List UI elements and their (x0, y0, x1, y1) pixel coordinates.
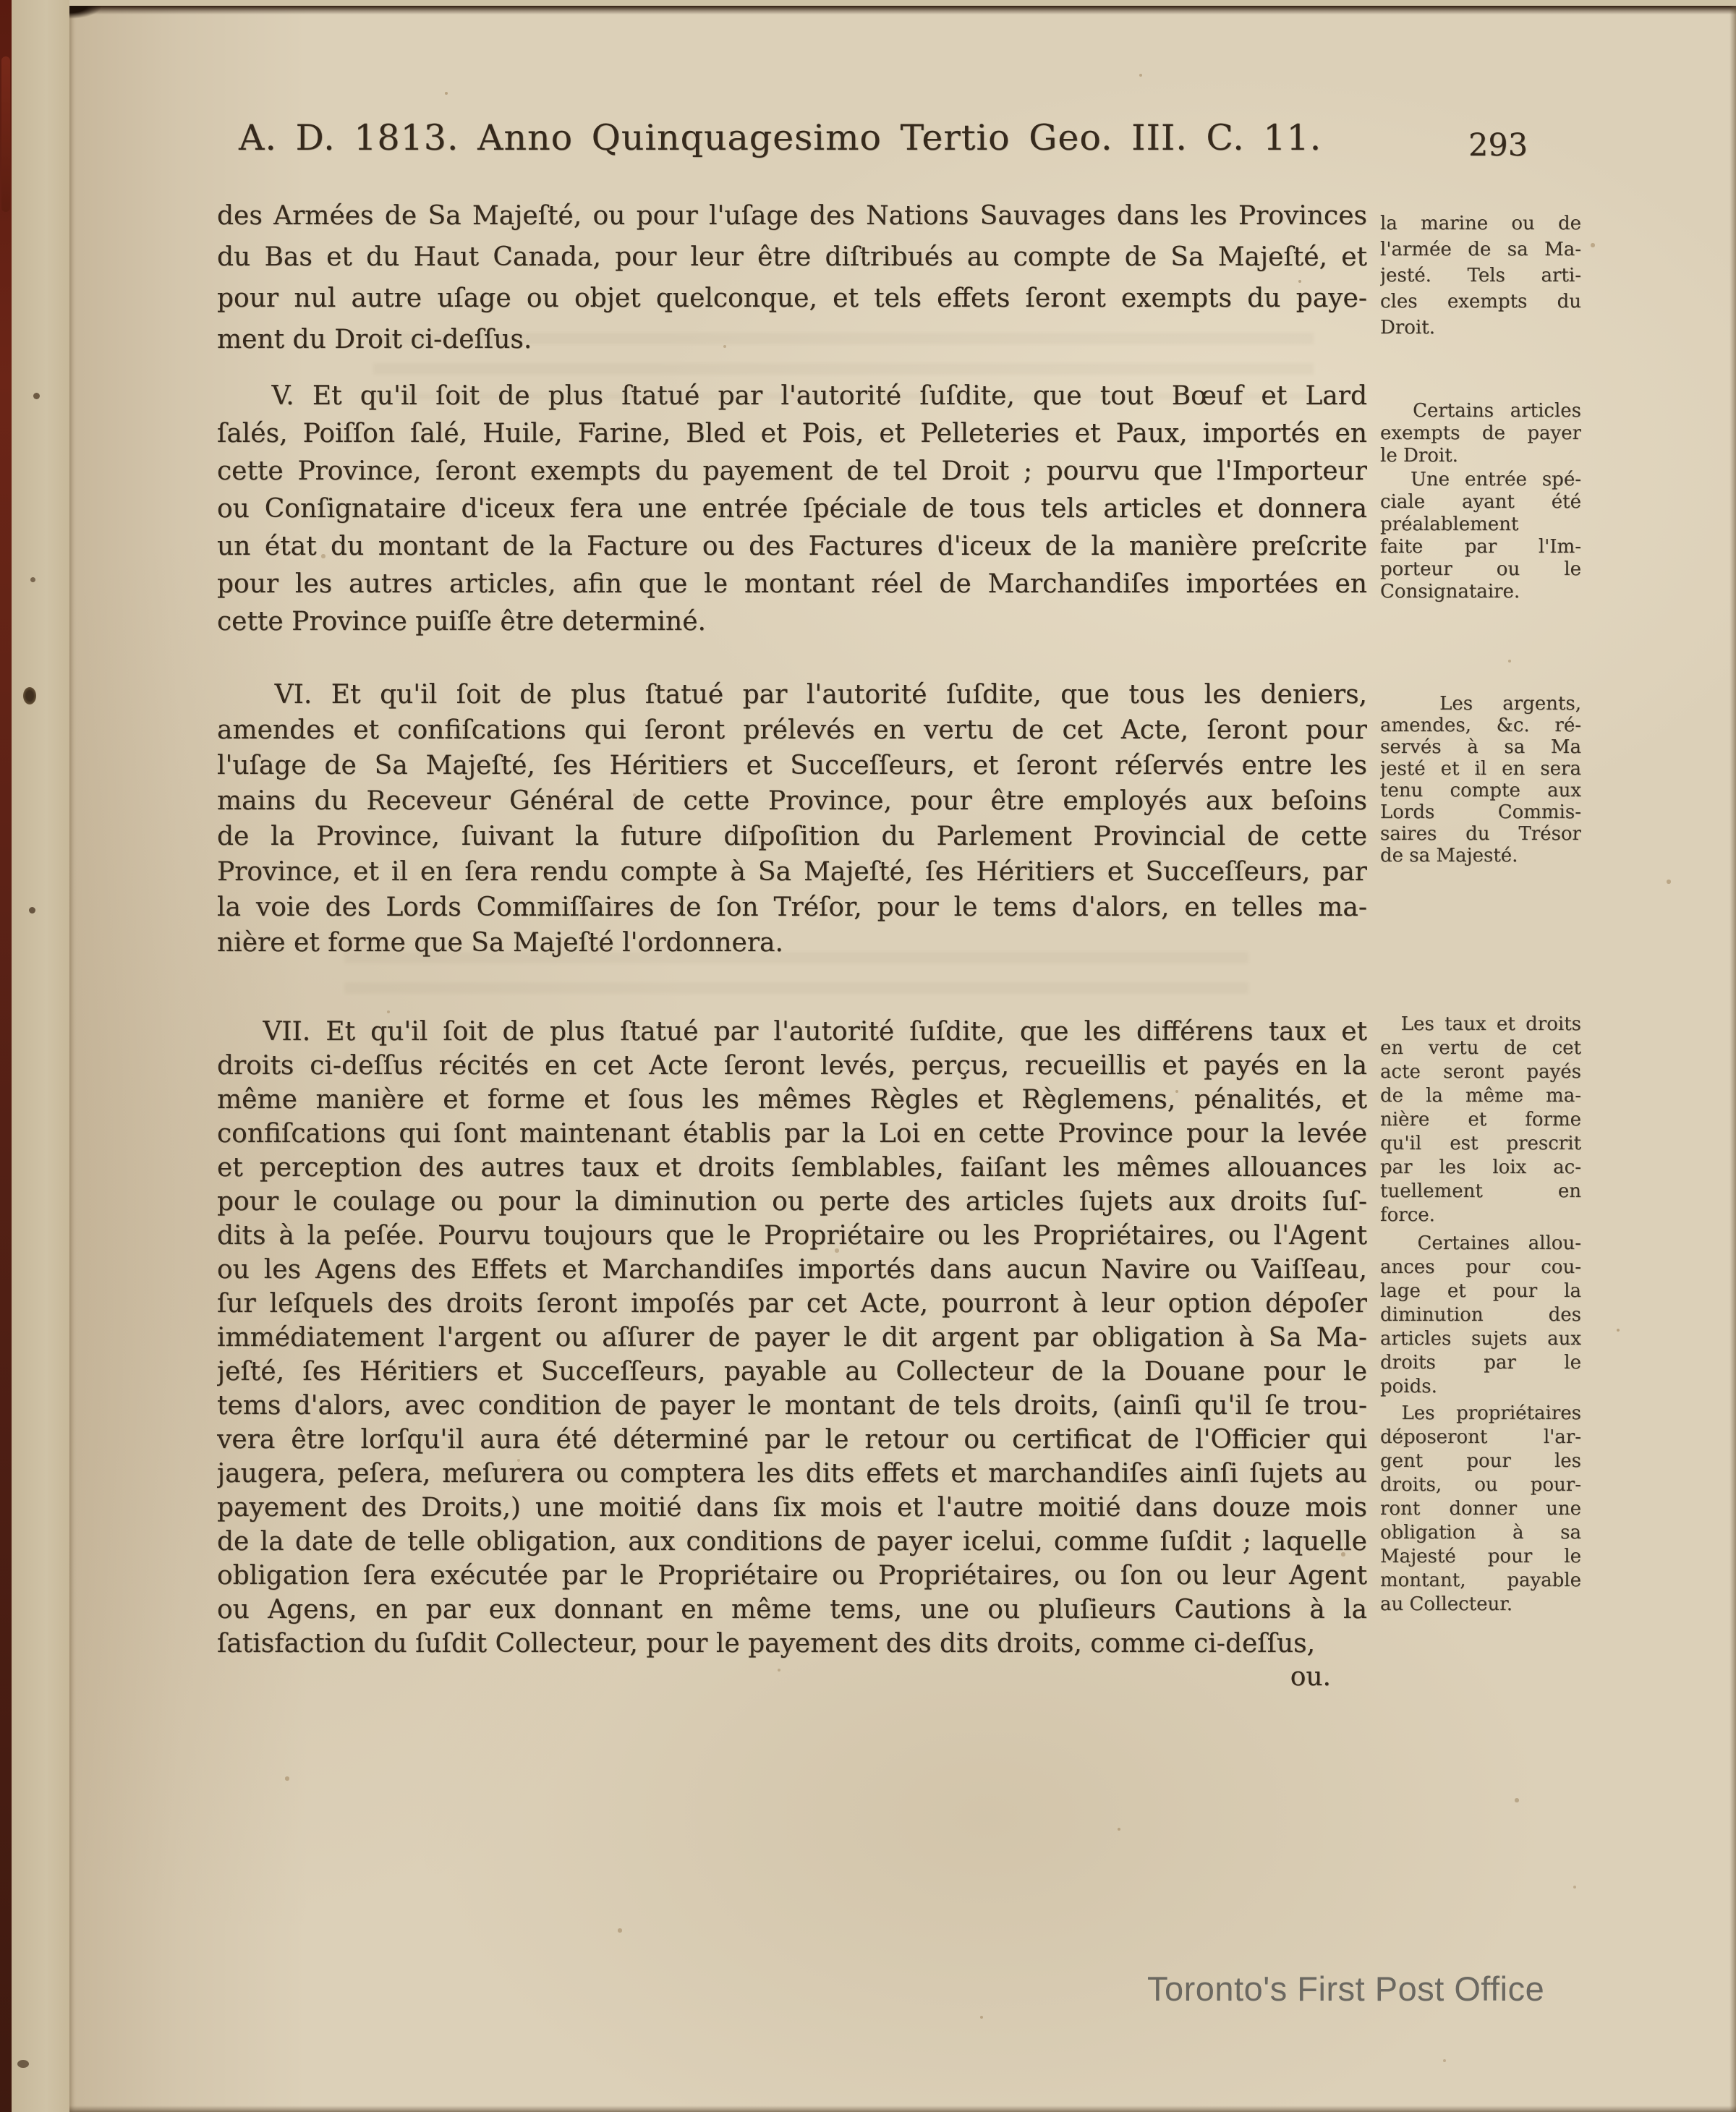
stitch-mark (33, 393, 40, 399)
margin-note-marine-exempt: la marine ou del'armée de sa Ma-jesté. T… (1380, 210, 1581, 341)
text-line: droits, ou pour- (1380, 1473, 1581, 1497)
text-line: Droit. (1380, 315, 1581, 341)
text-line: ou Agens, en par eux donnant en même tem… (217, 1593, 1367, 1627)
text-line: droits par le (1380, 1351, 1581, 1375)
text-line: Province, et il en ſera rendu compte à S… (217, 854, 1367, 890)
text-line: cles exempts du (1380, 289, 1581, 315)
text-line: jeſté, ſes Héritiers et Succeſſeurs, pay… (217, 1355, 1367, 1389)
text-line: même manière et forme et ſous les mêmes … (217, 1083, 1367, 1117)
text-line: servés à sa Ma (1380, 736, 1581, 758)
text-line: jesté et il en sera (1380, 758, 1581, 780)
text-line: de la même ma- (1380, 1084, 1581, 1108)
text-line: l'uſage de Sa Majeſté, ſes Héritiers et … (217, 748, 1367, 783)
text-line: Les taux et droits (1380, 1013, 1581, 1036)
text-line: droits ci-deſſus récités en cet Acte ſer… (217, 1049, 1367, 1083)
text-line: vera être lorſqu'il aura été déterminé p… (217, 1423, 1367, 1457)
page-number: 293 (1468, 127, 1528, 163)
text-line: ciale ayant été (1380, 491, 1581, 514)
text-line: acte seront payés (1380, 1060, 1581, 1084)
stitch-mark (29, 907, 35, 914)
text-line: amendes, &c. ré- (1380, 715, 1581, 736)
text-line: Une entrée spé- (1380, 469, 1581, 491)
text-line: de la date de telle obligation, aux cond… (217, 1525, 1367, 1559)
text-line: confiſcations qui ſont maintenant établi… (217, 1117, 1367, 1151)
text-line: montant, payable (1380, 1569, 1581, 1593)
text-line: ment du Droit ci-deſſus. (217, 319, 1367, 360)
text-line: diminution des (1380, 1303, 1581, 1327)
text-line: poids. (1380, 1375, 1581, 1399)
text-line: et perception des autres taux et droits … (217, 1151, 1367, 1185)
scan-bottom-edge (69, 2105, 1736, 2112)
scan-corner-shadow (69, 6, 127, 27)
text-line: des Armées de Sa Majeſté, ou pour l'uſag… (217, 195, 1367, 237)
text-line: nière et forme que Sa Majeſté l'ordonner… (217, 925, 1367, 961)
running-title: A. D. 1813. Anno Quinquagesimo Tertio Ge… (239, 117, 1309, 158)
text-line: lage et pour la (1380, 1279, 1581, 1303)
text-line: obligation ſera exécutée par le Propriét… (217, 1559, 1367, 1593)
text-line: au Collecteur. (1380, 1593, 1581, 1617)
text-line: faite par l'Im- (1380, 536, 1581, 558)
text-line: mains du Receveur Général de cette Provi… (217, 783, 1367, 819)
text-line: le Droit. (1380, 445, 1581, 467)
text-line: cette Province puiſſe être determiné. (217, 603, 1367, 641)
text-line: Consignataire. (1380, 581, 1581, 603)
text-line: en vertu de cet (1380, 1036, 1581, 1060)
paragraph-section-vi: VI. Et qu'il ſoit de plus ſtatué par l'a… (217, 677, 1367, 961)
paragraph-section-vii: VII. Et qu'il ſoit de plus ſtatué par l'… (217, 1015, 1367, 1661)
book-page-scan: A. D. 1813. Anno Quinquagesimo Tertio Ge… (0, 0, 1736, 2112)
text-line: V. Et qu'il ſoit de plus ſtatué par l'au… (217, 378, 1367, 415)
text-line: amendes et confiſcations qui ſeront prél… (217, 712, 1367, 748)
text-line: VI. Et qu'il ſoit de plus ſtatué par l'a… (217, 677, 1367, 712)
text-line: par les loix ac- (1380, 1156, 1581, 1180)
text-line: Certaines allou- (1380, 1232, 1581, 1256)
paragraph-section-v: V. Et qu'il ſoit de plus ſtatué par l'au… (217, 378, 1367, 641)
text-line: dits à la peſée. Pourvu toujours que le … (217, 1219, 1367, 1253)
text-line: du Bas et du Haut Canada, pour leur être… (217, 237, 1367, 278)
watermark-label: Toronto's First Post Office (1147, 1969, 1544, 2009)
text-line: immédiatement l'argent ou aſſurer de pay… (217, 1321, 1367, 1355)
text-line: cette Province, ſeront exempts du payeme… (217, 453, 1367, 490)
binding-edge (0, 0, 12, 2112)
text-line: Majesté pour le (1380, 1545, 1581, 1569)
text-line: tems d'alors, avec condition de payer le… (217, 1389, 1367, 1423)
text-line: VII. Et qu'il ſoit de plus ſtatué par l'… (217, 1015, 1367, 1049)
text-line: Lords Commis- (1380, 801, 1581, 823)
scan-top-edge (69, 6, 1736, 14)
text-line: jesté. Tels arti- (1380, 263, 1581, 289)
scan-right-edge (1729, 6, 1736, 2112)
text-line: pour les autres articles, afin que le mo… (217, 566, 1367, 603)
text-line: la voie des Lords Commiſſaires de ſon Tr… (217, 890, 1367, 925)
text-line: ront donner une (1380, 1497, 1581, 1521)
text-line: porteur ou le (1380, 558, 1581, 581)
text-line: ſur leſquels des droits ſeront impoſés p… (217, 1287, 1367, 1321)
text-line: payement des Droits,) une moitié dans ſi… (217, 1491, 1367, 1525)
text-line: exempts de payer (1380, 422, 1581, 445)
text-line: pour nul autre uſage ou objet quelconque… (217, 278, 1367, 319)
ink-smudge (17, 2060, 29, 2068)
text-line: jaugera, peſera, meſurera ou comptera le… (217, 1457, 1367, 1491)
margin-note-argents-amendes: Les argents,amendes, &c. ré-servés à sa … (1380, 693, 1581, 866)
text-line: nière et forme (1380, 1108, 1581, 1132)
text-line: tuellement en (1380, 1180, 1581, 1204)
text-line: ou les Agens des Effets et Marchandiſes … (217, 1253, 1367, 1287)
text-line: Les propriétaires (1380, 1402, 1581, 1426)
text-line: ſatisfaction du ſuſdit Collecteur, pour … (217, 1627, 1367, 1661)
text-line: pour le coulage ou pour la diminution ou… (217, 1185, 1367, 1219)
stitch-hole (23, 687, 36, 704)
text-line: ou Conſignataire d'iceux fera une entrée… (217, 490, 1367, 528)
margin-note-entree-speciale: Une entrée spé-ciale ayant étépréalablem… (1380, 469, 1581, 603)
text-line: qu'il est prescrit (1380, 1132, 1581, 1156)
paragraph-intro-continuation: des Armées de Sa Majeſté, ou pour l'uſag… (217, 195, 1367, 360)
text-line: Certains articles (1380, 400, 1581, 422)
margin-note-proprietaires: Les propriétairesdéposeront l'ar-gent po… (1380, 1402, 1581, 1617)
binding-red-mark (1, 56, 10, 212)
text-line: un état du montant de la Facture ou des … (217, 528, 1367, 566)
text-line: l'armée de sa Ma- (1380, 237, 1581, 263)
margin-note-certains-articles: Certains articlesexempts de payerle Droi… (1380, 400, 1581, 467)
text-line: de sa Majesté. (1380, 845, 1581, 866)
text-line: de la Province, ſuivant la future diſpoſ… (217, 819, 1367, 854)
text-line: déposeront l'ar- (1380, 1426, 1581, 1449)
text-line: saires du Trésor (1380, 823, 1581, 845)
text-line: la marine ou de (1380, 210, 1581, 237)
under-page-edge (12, 0, 69, 2112)
page-paper: A. D. 1813. Anno Quinquagesimo Tertio Ge… (69, 6, 1736, 2112)
margin-note-allouances-coulage: Certaines allou-ances pour cou-lage et p… (1380, 1232, 1581, 1399)
text-line: tenu compte aux (1380, 780, 1581, 801)
stitch-mark (30, 577, 35, 582)
text-line: force. (1380, 1204, 1581, 1227)
text-line: ances pour cou- (1380, 1256, 1581, 1279)
text-line: gent pour les (1380, 1449, 1581, 1473)
catchword: ou. (217, 1662, 1367, 1692)
margin-note-taux-droits: Les taux et droitsen vertu de cetacte se… (1380, 1013, 1581, 1227)
text-line: ſalés, Poiſſon ſalé, Huile, Farine, Bled… (217, 415, 1367, 453)
text-line: obligation à sa (1380, 1521, 1581, 1545)
text-line: Les argents, (1380, 693, 1581, 715)
text-line: articles sujets aux (1380, 1327, 1581, 1351)
text-line: préalablement (1380, 514, 1581, 536)
